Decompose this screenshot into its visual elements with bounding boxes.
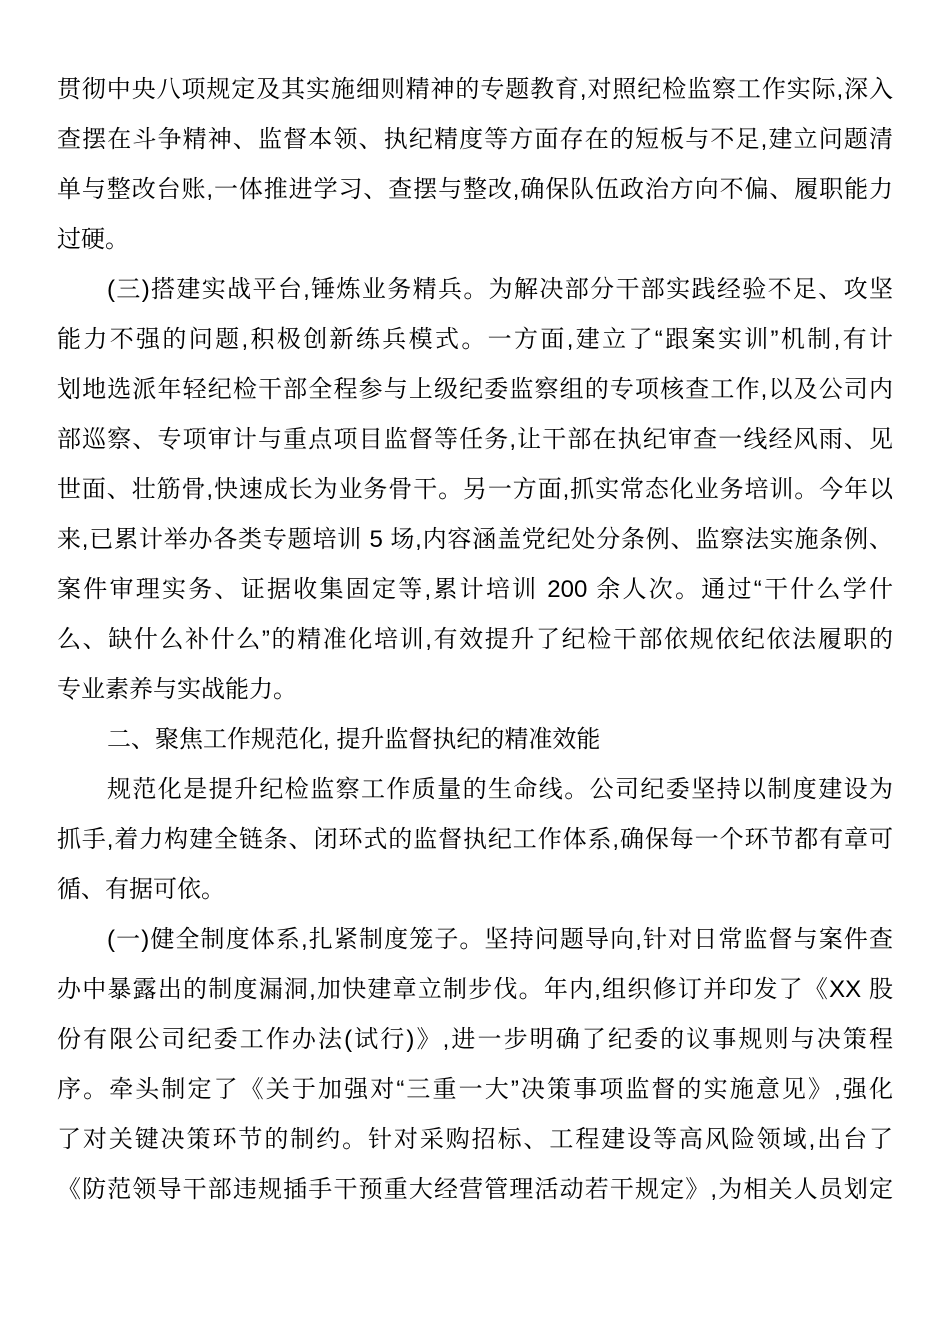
text-line: 循、有据可依。 — [57, 865, 893, 915]
paragraph-body: 规范化是提升纪检监察工作质量的生命线。公司纪委坚持以制度建设为抓手,着力构建全链… — [57, 765, 893, 915]
text-line: 查摆在斗争精神、监督本领、执纪精度等方面存在的短板与不足,建立问题清 — [57, 115, 893, 165]
text-line: 贯彻中央八项规定及其实施细则精神的专题教育,对照纪检监察工作实际,深入 — [57, 65, 893, 115]
text-line: 划地选派年轻纪检干部全程参与上级纪委监察组的专项核查工作,以及公司内 — [57, 365, 893, 415]
text-line: 序。牵头制定了《关于加强对“三重一大”决策事项监督的实施意见》,强化 — [57, 1065, 893, 1115]
text-line: 规范化是提升纪检监察工作质量的生命线。公司纪委坚持以制度建设为 — [57, 765, 893, 815]
text-line: (三)搭建实战平台,锤炼业务精兵。为解决部分干部实践经验不足、攻坚 — [57, 265, 893, 315]
text-line: 单与整改台账,一体推进学习、查摆与整改,确保队伍政治方向不偏、履职能力 — [57, 165, 893, 215]
paragraph-body-continuation: 贯彻中央八项规定及其实施细则精神的专题教育,对照纪检监察工作实际,深入查摆在斗争… — [57, 65, 893, 265]
text-line: 份有限公司纪委工作办法(试行)》,进一步明确了纪委的议事规则与决策程 — [57, 1015, 893, 1065]
document-page: 贯彻中央八项规定及其实施细则精神的专题教育,对照纪检监察工作实际,深入查摆在斗争… — [0, 0, 950, 1344]
text-line: 《防范领导干部违规插手干预重大经营管理活动若干规定》,为相关人员划定 — [57, 1165, 893, 1215]
document-text-block: 贯彻中央八项规定及其实施细则精神的专题教育,对照纪检监察工作实际,深入查摆在斗争… — [0, 0, 950, 1215]
text-line: 么、缺什么补什么”的精准化培训,有效提升了纪检干部依规依纪依法履职的 — [57, 615, 893, 665]
text-line: 来,已累计举办各类专题培训 5 场,内容涵盖党纪处分条例、监察法实施条例、 — [57, 515, 893, 565]
paragraph-body: (一)健全制度体系,扎紧制度笼子。坚持问题导向,针对日常监督与案件查办中暴露出的… — [57, 915, 893, 1215]
text-line: 专业素养与实战能力。 — [57, 665, 893, 715]
text-line: 能力不强的问题,积极创新练兵模式。一方面,建立了“跟案实训”机制,有计 — [57, 315, 893, 365]
text-line: 世面、壮筋骨,快速成长为业务骨干。另一方面,抓实常态化业务培训。今年以 — [57, 465, 893, 515]
paragraph-body: (三)搭建实战平台,锤炼业务精兵。为解决部分干部实践经验不足、攻坚能力不强的问题… — [57, 265, 893, 715]
section-heading-line: 二、聚焦工作规范化, 提升监督执纪的精准效能 — [57, 715, 893, 765]
text-line: 办中暴露出的制度漏洞,加快建章立制步伐。年内,组织修订并印发了《XX 股 — [57, 965, 893, 1015]
paragraph-section-heading: 二、聚焦工作规范化, 提升监督执纪的精准效能 — [57, 715, 893, 765]
text-line: 了对关键决策环节的制约。针对采购招标、工程建设等高风险领域,出台了 — [57, 1115, 893, 1165]
text-line: 过硬。 — [57, 215, 893, 265]
text-line: 部巡察、专项审计与重点项目监督等任务,让干部在执纪审查一线经风雨、见 — [57, 415, 893, 465]
text-line: 案件审理实务、证据收集固定等,累计培训 200 余人次。通过“干什么学什 — [57, 565, 893, 615]
text-line: (一)健全制度体系,扎紧制度笼子。坚持问题导向,针对日常监督与案件查 — [57, 915, 893, 965]
text-line: 抓手,着力构建全链条、闭环式的监督执纪工作体系,确保每一个环节都有章可 — [57, 815, 893, 865]
